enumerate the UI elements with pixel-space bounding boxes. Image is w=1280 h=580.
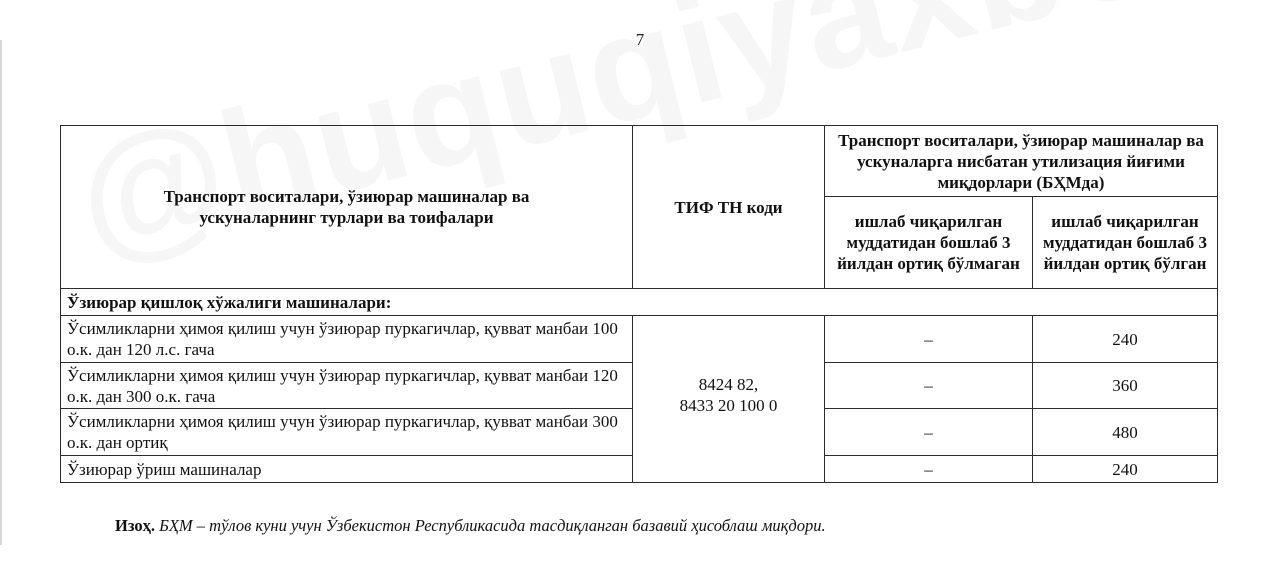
footnote-label: Изоҳ. [115,516,155,535]
shared-code-cell: 8424 82, 8433 20 100 0 [633,316,825,483]
row-fee-new: – [825,456,1033,483]
section-title: Ўзиюрар қишлоқ хўжалиги машиналари: [61,289,1218,316]
row-description: Ўсимликларни ҳимоя қилиш учун ўзиюрар пу… [61,316,633,363]
header-code: ТИФ ТН коди [633,126,825,289]
row-description: Ўзиюрар ўриш машиналар [61,456,633,483]
header-fee-new: ишлаб чиқарилган муддатидан бошлаб 3 йил… [825,197,1033,289]
row-fee-new: – [825,363,1033,409]
footnote-text: БҲМ – тўлов куни учун Ўзбекистон Республ… [155,516,826,535]
header-category: Транспорт воситалари, ўзиюрар машиналар … [61,126,633,289]
table-row: Ўсимликларни ҳимоя қилиш учун ўзиюрар пу… [61,316,1218,363]
utilization-fee-table: Транспорт воситалари, ўзиюрар машиналар … [60,125,1218,483]
row-fee-new: – [825,409,1033,456]
code-line-1: 8424 82, [639,374,818,395]
header-row-top: Транспорт воситалари, ўзиюрар машиналар … [61,126,1218,197]
row-description: Ўсимликларни ҳимоя қилиш учун ўзиюрар пу… [61,409,633,456]
row-fee-old: 360 [1033,363,1218,409]
header-fee-group: Транспорт воситалари, ўзиюрар машиналар … [825,126,1218,197]
page-edge-shadow [0,40,2,545]
row-fee-old: 240 [1033,316,1218,363]
footnote: Изоҳ. БҲМ – тўлов куни учун Ўзбекистон Р… [115,516,826,536]
section-row: Ўзиюрар қишлоқ хўжалиги машиналари: [61,289,1218,316]
code-line-2: 8433 20 100 0 [639,395,818,416]
row-description: Ўсимликларни ҳимоя қилиш учун ўзиюрар пу… [61,363,633,409]
header-fee-old: ишлаб чиқарилган муддатидан бошлаб 3 йил… [1033,197,1218,289]
page-number: 7 [0,30,1280,50]
row-fee-old: 480 [1033,409,1218,456]
row-fee-new: – [825,316,1033,363]
row-fee-old: 240 [1033,456,1218,483]
